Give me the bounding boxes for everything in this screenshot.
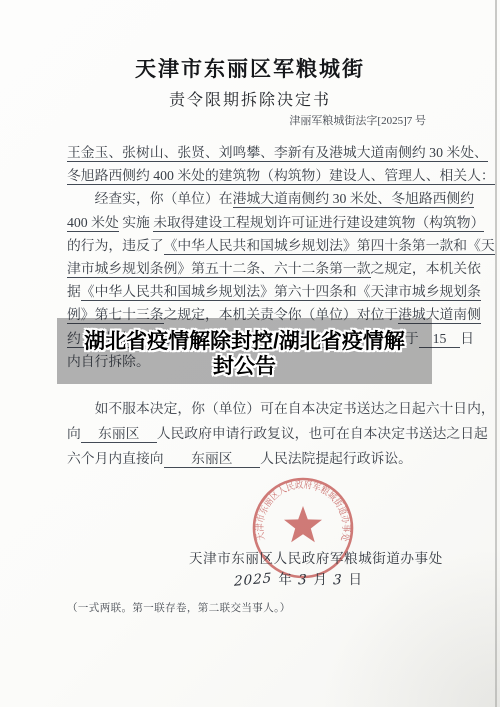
- date-year-handwritten: 2025: [234, 570, 272, 589]
- watermark-line: 封公告: [0, 354, 489, 379]
- text-line: 冬旭路西侧约 400 米处的建筑物（构筑物）建设人、管理人、相关人：: [67, 164, 445, 187]
- plain-text: 如不服本决定，你（单位）可在自本决定书送达之日起六十日内，: [67, 401, 495, 416]
- underlined-text: 东丽区: [81, 426, 157, 443]
- plain-text: 之规定，本机关依: [371, 261, 481, 276]
- issue-date: 2025年3月3日: [230, 568, 364, 588]
- underlined-text: 津市城乡规划条例》第五十二条、六十二条第一款: [67, 261, 371, 278]
- plain-text: 的行为，违反了: [67, 238, 164, 253]
- plain-text: 实施: [119, 215, 154, 230]
- seal-star-icon: [284, 506, 322, 542]
- text-line: 400 米处 实施 未取得建设工程规划许可证进行建设建筑物（构筑物）: [67, 211, 445, 234]
- underlined-text: 《中华人民共和国城乡规划法》第四十条第一款和《天: [164, 238, 495, 255]
- document-subtitle: 责令限期拆除决定书: [0, 87, 500, 110]
- underlined-text: 港城大道南侧约 30 米处、冬旭路西侧约: [233, 191, 474, 208]
- date-month-label: 月: [313, 568, 327, 588]
- text-line: 向 东丽区 人民政府申请行政复议，也可在自本决定书送达之日起: [67, 421, 445, 446]
- text-line: 的行为，违反了《中华人民共和国城乡规划法》第四十条第一款和《天: [67, 234, 445, 257]
- plain-text: 向: [67, 426, 81, 441]
- body-paragraph-appeal: 如不服本决定，你（单位）可在自本决定书送达之日起六十日内，向 东丽区 人民政府申…: [67, 396, 445, 471]
- text-line: 如不服本决定，你（单位）可在自本决定书送达之日起六十日内，: [67, 396, 445, 421]
- watermark-title: 湖北省疫情解除封控/湖北省疫情解封公告: [0, 329, 489, 379]
- issuer-name: 天津市东丽区人民政府军粮城街道办事处: [189, 547, 443, 567]
- plain-text: 经查实，你（单位）在: [67, 191, 233, 206]
- scan-edge-line: [495, 0, 497, 707]
- document-number: 津丽军粮城街法字[2025]7 号: [0, 112, 426, 128]
- document-page: 天津市东丽区军粮城街 责令限期拆除决定书 津丽军粮城街法字[2025]7 号 王…: [0, 0, 500, 707]
- underlined-text: 冬旭路西侧约 400 米处的建筑物（构筑物）建设人、管理人、相关人：: [67, 168, 495, 185]
- date-day-label: 日: [349, 568, 363, 588]
- plain-text: 据: [67, 284, 81, 299]
- text-line: 王金玉、张树山、张贤、刘鸣攀、李新有及港城大道南侧约 30 米处、: [67, 141, 445, 164]
- text-line: 经查实，你（单位）在港城大道南侧约 30 米处、冬旭路西侧约: [67, 187, 445, 210]
- document-title: 天津市东丽区军粮城街: [0, 53, 500, 83]
- date-day-handwritten: 3: [333, 572, 343, 589]
- date-month-handwritten: 3: [298, 572, 308, 589]
- date-year-label: 年: [278, 568, 292, 588]
- underlined-text: 东丽区: [164, 451, 261, 468]
- underlined-text: 未取得建设工程规划许可证进行建设建筑物（构筑物）: [153, 215, 484, 232]
- plain-text: 人民法院提起行政诉讼。: [260, 451, 412, 466]
- watermark-line: 湖北省疫情解除封控/湖北省疫情解: [0, 329, 489, 354]
- text-line: 津市城乡规划条例》第五十二条、六十二条第一款之规定，本机关依: [67, 257, 445, 280]
- underlined-text: 《中华人民共和国城乡规划法》第六十四条和《天津市城乡规划条: [81, 284, 481, 301]
- text-line: 据《中华人民共和国城乡规划法》第六十四条和《天津市城乡规划条: [67, 280, 445, 303]
- footer-note: （一式两联。第一联存卷，第二联交当事人。）: [67, 600, 291, 615]
- plain-text: 六个月内直接向: [67, 451, 164, 466]
- plain-text: 人民政府申请行政复议，也可在自本决定书送达之日起: [157, 426, 488, 441]
- underlined-text: 王金玉、张树山、张贤、刘鸣攀、李新有及港城大道南侧约 30 米处、: [67, 145, 488, 162]
- underlined-text: 400 米处: [67, 215, 119, 232]
